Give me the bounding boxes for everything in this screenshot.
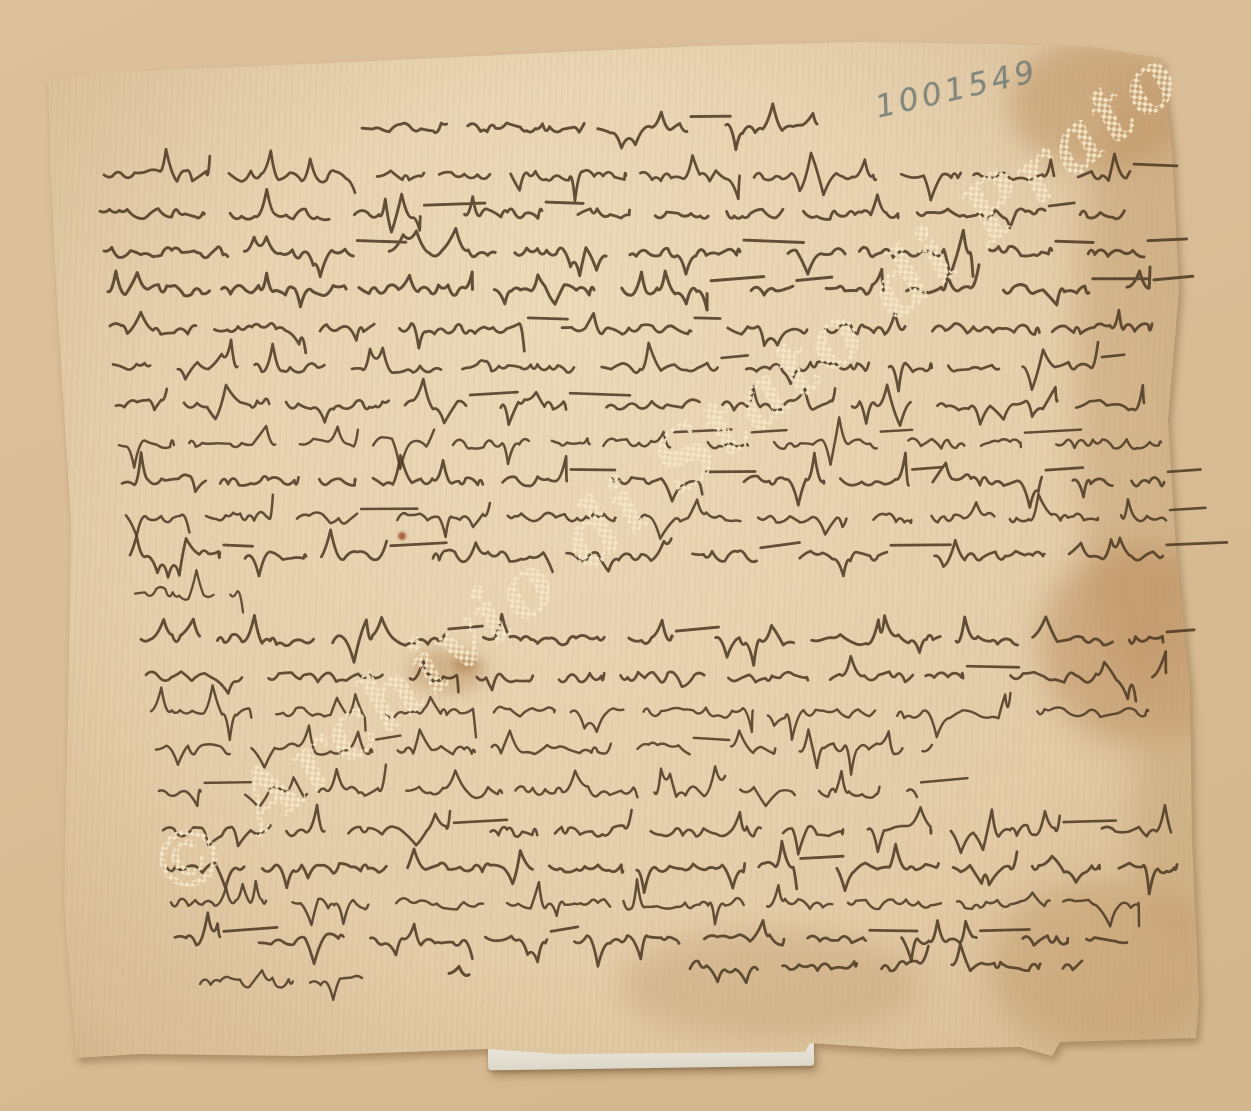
stain bbox=[1130, 700, 1240, 940]
scan-canvas: 1001549 © Archivio di Stato di Prato bbox=[0, 0, 1251, 1111]
stain bbox=[398, 532, 406, 540]
stain bbox=[620, 930, 920, 1040]
stain bbox=[990, 880, 1220, 1055]
stain bbox=[408, 648, 488, 693]
manuscript-paper bbox=[0, 0, 1251, 1111]
stain bbox=[1040, 545, 1240, 745]
stain bbox=[1075, 70, 1215, 690]
stain bbox=[1010, 40, 1190, 170]
stain bbox=[452, 658, 478, 672]
paper-wrap bbox=[0, 0, 1251, 1111]
